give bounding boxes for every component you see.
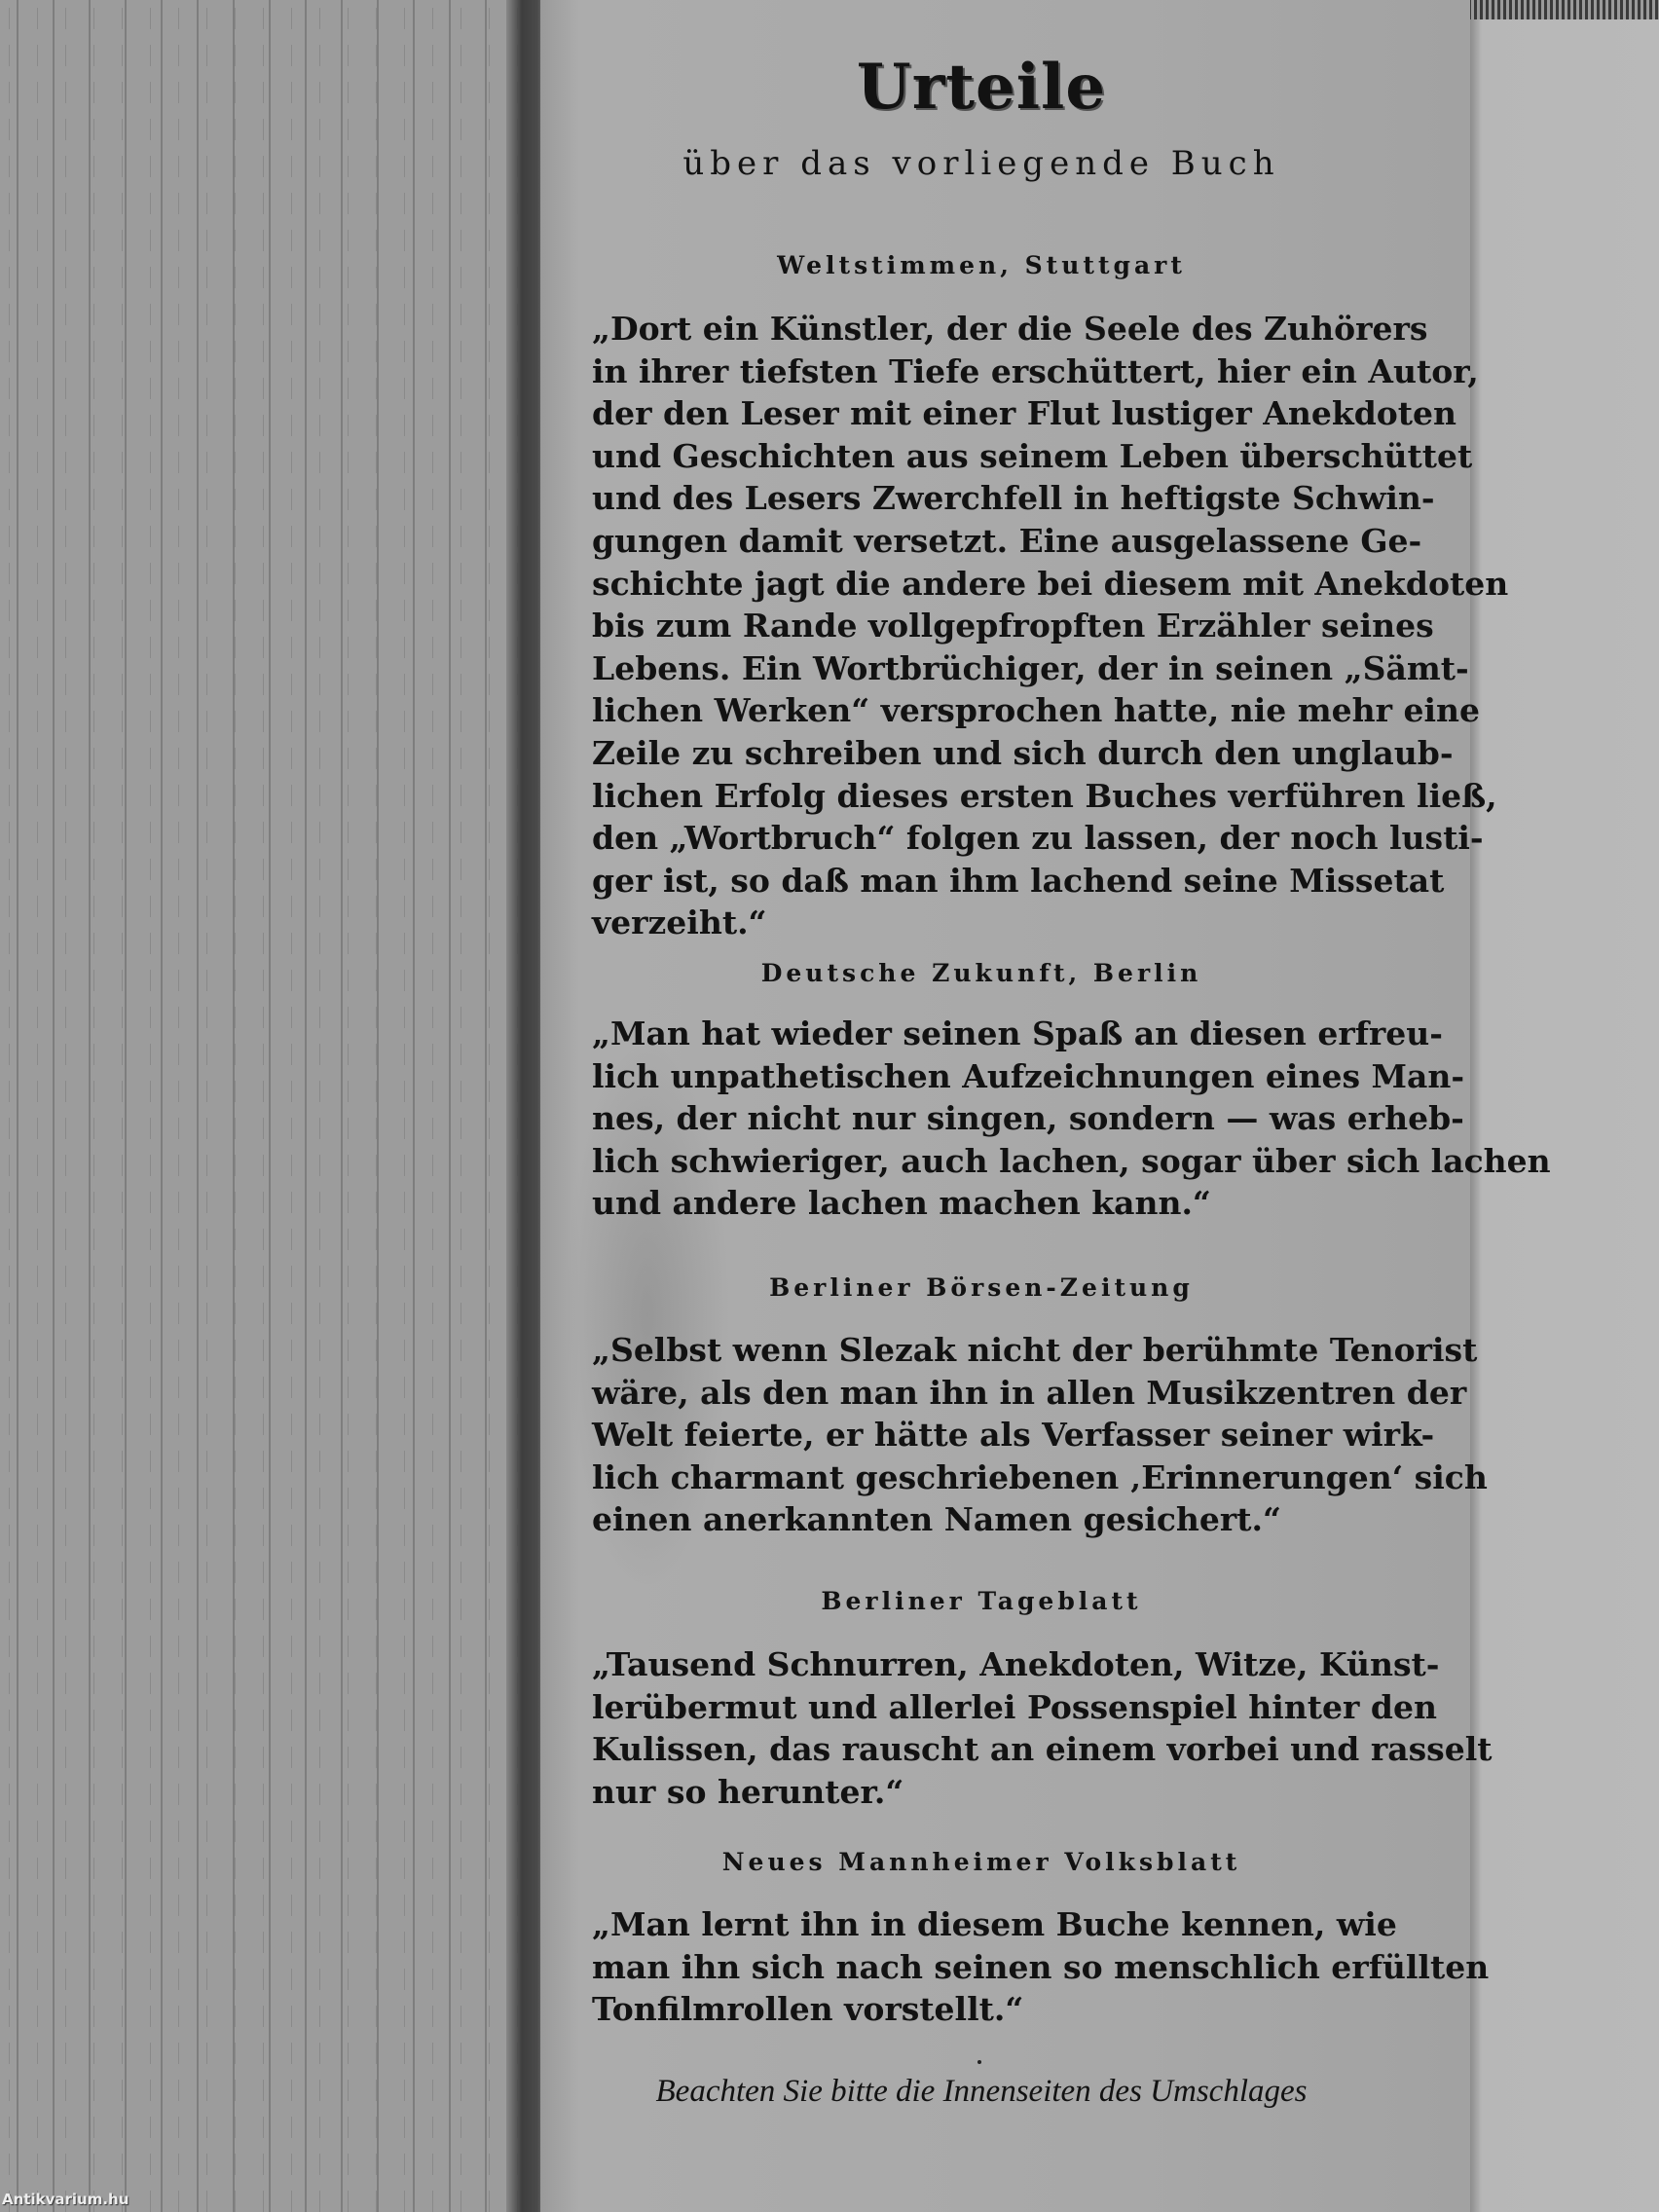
quote-line: nes, der nicht nur singen, sondern — was… — [592, 1097, 1371, 1140]
review-quote: „Man hat wieder seinen Spaß an diesen er… — [592, 1013, 1371, 1225]
review-quote: „Tausend Schnurren, Anekdoten, Witze, Kü… — [592, 1643, 1371, 1813]
review-source: Berliner Börsen-Zeitung — [592, 1273, 1371, 1302]
quote-line: der den Leser mit einer Flut lustiger An… — [592, 392, 1371, 435]
quote-line: man ihn sich nach seinen so menschlich e… — [592, 1946, 1371, 1989]
quote-line: Zeile zu schreiben und sich durch den un… — [592, 732, 1371, 775]
quote-line: bis zum Rande vollgepfropften Erzähler s… — [592, 605, 1371, 647]
quote-line: gungen damit versetzt. Eine ausgelassene… — [592, 520, 1371, 563]
ornament-dot — [977, 2060, 981, 2064]
footer-note: Beachten Sie bitte die Innenseiten des U… — [592, 2074, 1371, 2110]
quote-line: „Selbst wenn Slezak nicht der berühmte T… — [592, 1329, 1371, 1372]
review-quote: „Dort ein Künstler, der die Seele des Zu… — [592, 308, 1371, 944]
left-board-background — [0, 0, 526, 2212]
quote-line: „Dort ein Künstler, der die Seele des Zu… — [592, 308, 1371, 350]
quote-line: lichen Werken“ versprochen hatte, nie me… — [592, 689, 1371, 732]
quote-line: Lebens. Ein Wortbrüchiger, der in seinen… — [592, 647, 1371, 690]
binding-fabric-strip — [1468, 0, 1659, 19]
quote-line: Kulissen, das rauscht an einem vorbei un… — [592, 1728, 1371, 1771]
quote-line: „Tausend Schnurren, Anekdoten, Witze, Kü… — [592, 1643, 1371, 1686]
review-source: Weltstimmen, Stuttgart — [592, 251, 1371, 279]
review-source: Berliner Tageblatt — [592, 1587, 1371, 1615]
quote-line: Tonfilmrollen vorstellt.“ — [592, 1988, 1371, 2031]
quote-line: lich unpathetischen Aufzeichnungen eines… — [592, 1055, 1371, 1098]
watermark: Antikvarium.hu — [2, 2191, 129, 2208]
quote-line: lich charmant geschriebenen ‚Erinnerunge… — [592, 1456, 1371, 1499]
spine-shadow — [506, 0, 545, 2212]
quote-line: den „Wortbruch“ folgen zu lassen, der no… — [592, 817, 1371, 860]
quote-line: schichte jagt die andere bei diesem mit … — [592, 563, 1371, 606]
review-source: Deutsche Zukunft, Berlin — [592, 959, 1371, 987]
quote-line: nur so herunter.“ — [592, 1771, 1371, 1814]
quote-line: Welt feierte, er hätte als Verfasser sei… — [592, 1414, 1371, 1456]
right-page-edge — [1470, 19, 1659, 2212]
quote-line: verzeiht.“ — [592, 902, 1371, 944]
quote-line: und andere lachen machen kann.“ — [592, 1182, 1371, 1225]
quote-line: ger ist, so daß man ihm lachend seine Mi… — [592, 860, 1371, 903]
quote-line: wäre, als den man ihn in allen Musikzent… — [592, 1372, 1371, 1415]
quote-line: „Man hat wieder seinen Spaß an diesen er… — [592, 1013, 1371, 1055]
page-title: Urteile — [592, 51, 1371, 124]
review-quote: „Man lernt ihn in diesem Buche kennen, w… — [592, 1903, 1371, 2031]
review-source: Neues Mannheimer Volksblatt — [592, 1848, 1371, 1876]
quote-line: „Man lernt ihn in diesem Buche kennen, w… — [592, 1903, 1371, 1946]
quote-line: und Geschichten aus seinem Leben übersch… — [592, 435, 1371, 478]
quote-line: lichen Erfolg dieses ersten Buches verfü… — [592, 775, 1371, 818]
quote-line: einen anerkannten Namen gesichert.“ — [592, 1498, 1371, 1541]
review-quote: „Selbst wenn Slezak nicht der berühmte T… — [592, 1329, 1371, 1541]
page-subtitle: über das vorliegende Buch — [592, 144, 1371, 183]
quote-line: in ihrer tiefsten Tiefe erschüttert, hie… — [592, 350, 1371, 393]
quote-line: und des Lesers Zwerchfell in heftigste S… — [592, 477, 1371, 520]
quote-line: lerübermut und allerlei Possenspiel hint… — [592, 1686, 1371, 1729]
quote-line: lich schwieriger, auch lachen, sogar übe… — [592, 1140, 1371, 1183]
